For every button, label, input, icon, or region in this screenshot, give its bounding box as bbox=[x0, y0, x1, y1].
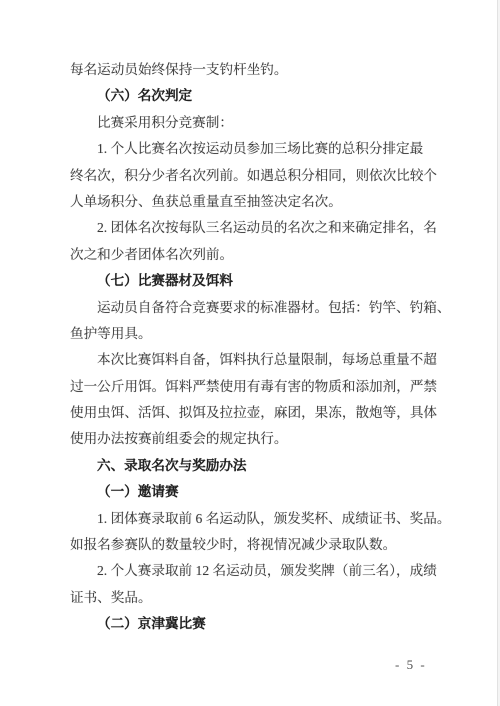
scanned-document-page: 每名运动员始终保持一支钓杆坐钓。 （六）名次判定 比赛采用积分竞赛制： 1. 个… bbox=[0, 0, 500, 706]
body-line: 本次比赛饵料自备，饵料执行总量限制，每场总重量不超 bbox=[70, 347, 442, 373]
section-heading: （二）京津冀比赛 bbox=[70, 611, 442, 637]
body-line: 每名运动员始终保持一支钓杆坐钓。 bbox=[70, 57, 442, 83]
body-line: 使用虫饵、活饵、拟饵及拉拉壶，麻团，果冻，散炮等，具体 bbox=[70, 400, 442, 426]
chapter-heading: 六、录取名次与奖励办法 bbox=[70, 453, 442, 479]
section-heading: （七）比赛器材及饵料 bbox=[70, 268, 442, 294]
section-heading: （一）邀请赛 bbox=[70, 479, 442, 505]
body-line: 1. 团体赛录取前 6 名运动队，颁发奖杯、成绩证书、奖品。 bbox=[70, 506, 442, 532]
body-line: 2. 团体名次按每队三名运动员的名次之和来确定排名，名 bbox=[70, 215, 442, 241]
body-line: 1. 个人比赛名次按运动员参加三场比赛的总积分排定最 bbox=[70, 136, 442, 162]
body-line: 次之和少者团体名次列前。 bbox=[70, 242, 442, 268]
scan-edge-line bbox=[497, 0, 498, 706]
body-line: 证书、奖品。 bbox=[70, 585, 442, 611]
document-body: 每名运动员始终保持一支钓杆坐钓。 （六）名次判定 比赛采用积分竞赛制： 1. 个… bbox=[70, 57, 442, 638]
body-line: 人单场积分、鱼获总重量直至抽签决定名次。 bbox=[70, 189, 442, 215]
body-line: 如报名参赛队的数量较少时，将视情况减少录取队数。 bbox=[70, 532, 442, 558]
body-line: 使用办法按赛前组委会的规定执行。 bbox=[70, 426, 442, 452]
section-heading: （六）名次判定 bbox=[70, 83, 442, 109]
body-line: 2. 个人赛录取前 12 名运动员，颁发奖牌（前三名），成绩 bbox=[70, 558, 442, 584]
body-line: 终名次，积分少者名次列前。如遇总积分相同，则依次比较个 bbox=[70, 163, 442, 189]
body-line: 比赛采用积分竞赛制： bbox=[70, 110, 442, 136]
body-line: 运动员自备符合竞赛要求的标准器材。包括：钓竿、钓箱、 bbox=[70, 295, 442, 321]
body-line: 过一公斤用饵。饵料严禁使用有毒有害的物质和添加剂，严禁 bbox=[70, 374, 442, 400]
page-number: - 5 - bbox=[395, 656, 427, 673]
body-line: 鱼护等用具。 bbox=[70, 321, 442, 347]
